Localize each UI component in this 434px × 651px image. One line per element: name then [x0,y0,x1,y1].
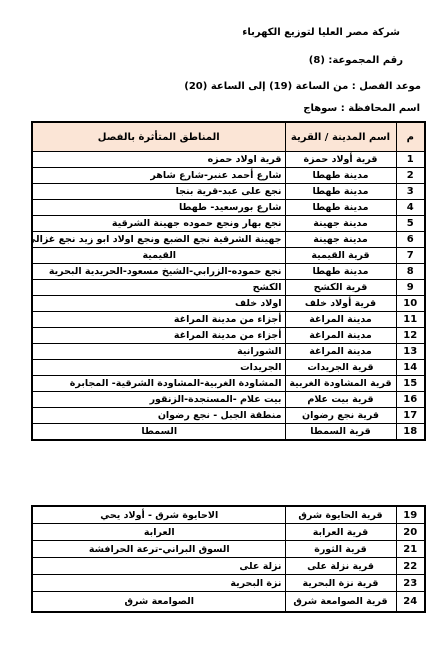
city-name: قرية السمطا [285,424,396,441]
table-row: 5 مدينة جهينة نجع بهار ونجع حموده جهينة … [32,216,425,232]
outage-table-1: م اسم المدينة / القرية المناطق المتأثرة … [31,121,426,441]
affected-areas: أجزاء من مدينة المراغة [32,312,285,328]
table-row: 11 مدينة المراغة أجزاء من مدينة المراغة [32,312,425,328]
city-name: مدينة جهينة [285,216,396,232]
row-number: 10 [396,296,425,312]
city-name: مدينة المراغة [285,312,396,328]
table-row: 17 قرية نجع رضوان منطقة الجبل - نجع رضوا… [32,408,425,424]
affected-areas: نجع حموده-الزرابي-الشيخ مسعود-الحريدية ا… [32,264,285,280]
table-row: 1 قرية أولاد حمزة قرية اولاد حمزه [32,152,425,168]
city-name: قرية الصوامعة شرق [285,592,396,613]
city-name: قرية العرابة [285,524,396,541]
affected-areas: المشاودة الغربية-المشاودة الشرقية- المجا… [32,376,285,392]
row-number: 7 [396,248,425,264]
row-number: 19 [396,506,425,524]
table-gap [0,441,434,505]
table-row: 10 قرية أولاد خلف اولاد خلف [32,296,425,312]
affected-areas: منطقة الجبل - نجع رضوان [32,408,285,424]
row-number: 21 [396,541,425,558]
affected-areas: العرابة [32,524,285,541]
table-row: 20 قرية العرابة العرابة [32,524,425,541]
table-row: 13 مدينة المراغة الشورانية [32,344,425,360]
table-header-row: م اسم المدينة / القرية المناطق المتأثرة … [32,122,425,152]
row-number: 9 [396,280,425,296]
row-number: 4 [396,200,425,216]
city-name: قرية أولاد خلف [285,296,396,312]
affected-areas: شارع أحمد عنبر-شارع شاهر [32,168,285,184]
affected-areas: نزلة على [32,558,285,575]
city-name: قرية الجريدات [285,360,396,376]
outage-time: موعد الفصل : من الساعة (19) إلى الساعة (… [0,81,421,93]
row-number: 3 [396,184,425,200]
col-header-city: اسم المدينة / القرية [285,122,396,152]
row-number: 6 [396,232,425,248]
table-row: 9 قرية الكشح الكشح [32,280,425,296]
city-name: قرية الثورة [285,541,396,558]
affected-areas: بيت علام -المستجدة-الزنقور [32,392,285,408]
row-number: 16 [396,392,425,408]
table-row: 24 قرية الصوامعة شرق الصوامعة شرق [32,592,425,613]
table-row: 19 قرية الحايوة شرق الاحايوة شرق - أولاد… [32,506,425,524]
outage-table-2: 19 قرية الحايوة شرق الاحايوة شرق - أولاد… [31,505,426,613]
city-name: قرية بيت علام [285,392,396,408]
affected-areas: نزة البحرية [32,575,285,592]
row-number: 17 [396,408,425,424]
city-name: مدينة طهطا [285,184,396,200]
col-header-areas: المناطق المتأثرة بالفصل [32,122,285,152]
company-name: شركة مصر العليا لتوزيع الكهرباء [0,27,400,39]
col-header-number: م [396,122,425,152]
city-name: قرية نجع رضوان [285,408,396,424]
affected-areas: نجع على عبد-قرية بنجا [32,184,285,200]
affected-areas: جهينة الشرقية نجع الضبع ونجع اولاد ابو ز… [32,232,285,248]
affected-areas: الشورانية [32,344,285,360]
document-header: شركة مصر العليا لتوزيع الكهرباء رقم المج… [0,0,434,115]
affected-areas: الاحايوة شرق - أولاد يحي [32,506,285,524]
city-name: مدينة طهطا [285,200,396,216]
affected-areas: الصوامعة شرق [32,592,285,613]
table-row: 4 مدينة طهطا شارع بورسعيد- طهطا [32,200,425,216]
affected-areas: الجريدات [32,360,285,376]
table-row: 18 قرية السمطا السمطا [32,424,425,441]
city-name: قرية أولاد حمزة [285,152,396,168]
table-row: 7 قرية القيمية القيمية [32,248,425,264]
table-row: 21 قرية الثورة السوق البراني-ترعة الحراف… [32,541,425,558]
affected-areas: أجزاء من مدينة المراغة [32,328,285,344]
affected-areas: السمطا [32,424,285,441]
row-number: 23 [396,575,425,592]
group-number: رقم المجموعة: (8) [0,55,403,67]
row-number: 14 [396,360,425,376]
city-name: قرية القيمية [285,248,396,264]
city-name: مدينة المراغة [285,344,396,360]
row-number: 24 [396,592,425,613]
row-number: 5 [396,216,425,232]
city-name: قرية نزلة على [285,558,396,575]
row-number: 8 [396,264,425,280]
table-row: 14 قرية الجريدات الجريدات [32,360,425,376]
row-number: 18 [396,424,425,441]
row-number: 11 [396,312,425,328]
row-number: 13 [396,344,425,360]
affected-areas: قرية اولاد حمزه [32,152,285,168]
row-number: 12 [396,328,425,344]
table-row: 23 قرية نزة البحرية نزة البحرية [32,575,425,592]
affected-areas: اولاد خلف [32,296,285,312]
city-name: قرية الكشح [285,280,396,296]
affected-areas: السوق البراني-ترعة الحرافشة [32,541,285,558]
table-row: 8 مدينة طهطا نجع حموده-الزرابي-الشيخ مسع… [32,264,425,280]
city-name: مدينة طهطا [285,264,396,280]
table-row: 16 قرية بيت علام بيت علام -المستجدة-الزن… [32,392,425,408]
affected-areas: القيمية [32,248,285,264]
table-row: 6 مدينة جهينة جهينة الشرقية نجع الضبع ون… [32,232,425,248]
affected-areas: الكشح [32,280,285,296]
city-name: قرية نزة البحرية [285,575,396,592]
table-row: 2 مدينة طهطا شارع أحمد عنبر-شارع شاهر [32,168,425,184]
row-number: 1 [396,152,425,168]
affected-areas: نجع بهار ونجع حموده جهينة الشرقية [32,216,285,232]
city-name: مدينة طهطا [285,168,396,184]
table-row: 15 قرية المشاودة الغربية المشاودة الغربي… [32,376,425,392]
row-number: 2 [396,168,425,184]
table-row: 3 مدينة طهطا نجع على عبد-قرية بنجا [32,184,425,200]
row-number: 22 [396,558,425,575]
row-number: 20 [396,524,425,541]
table-row: 12 مدينة المراغة أجزاء من مدينة المراغة [32,328,425,344]
city-name: مدينة جهينة [285,232,396,248]
city-name: قرية المشاودة الغربية [285,376,396,392]
city-name: مدينة المراغة [285,328,396,344]
table-row: 22 قرية نزلة على نزلة على [32,558,425,575]
row-number: 15 [396,376,425,392]
city-name: قرية الحايوة شرق [285,506,396,524]
governorate-name: اسم المحافظة : سوهاج [0,103,420,115]
affected-areas: شارع بورسعيد- طهطا [32,200,285,216]
